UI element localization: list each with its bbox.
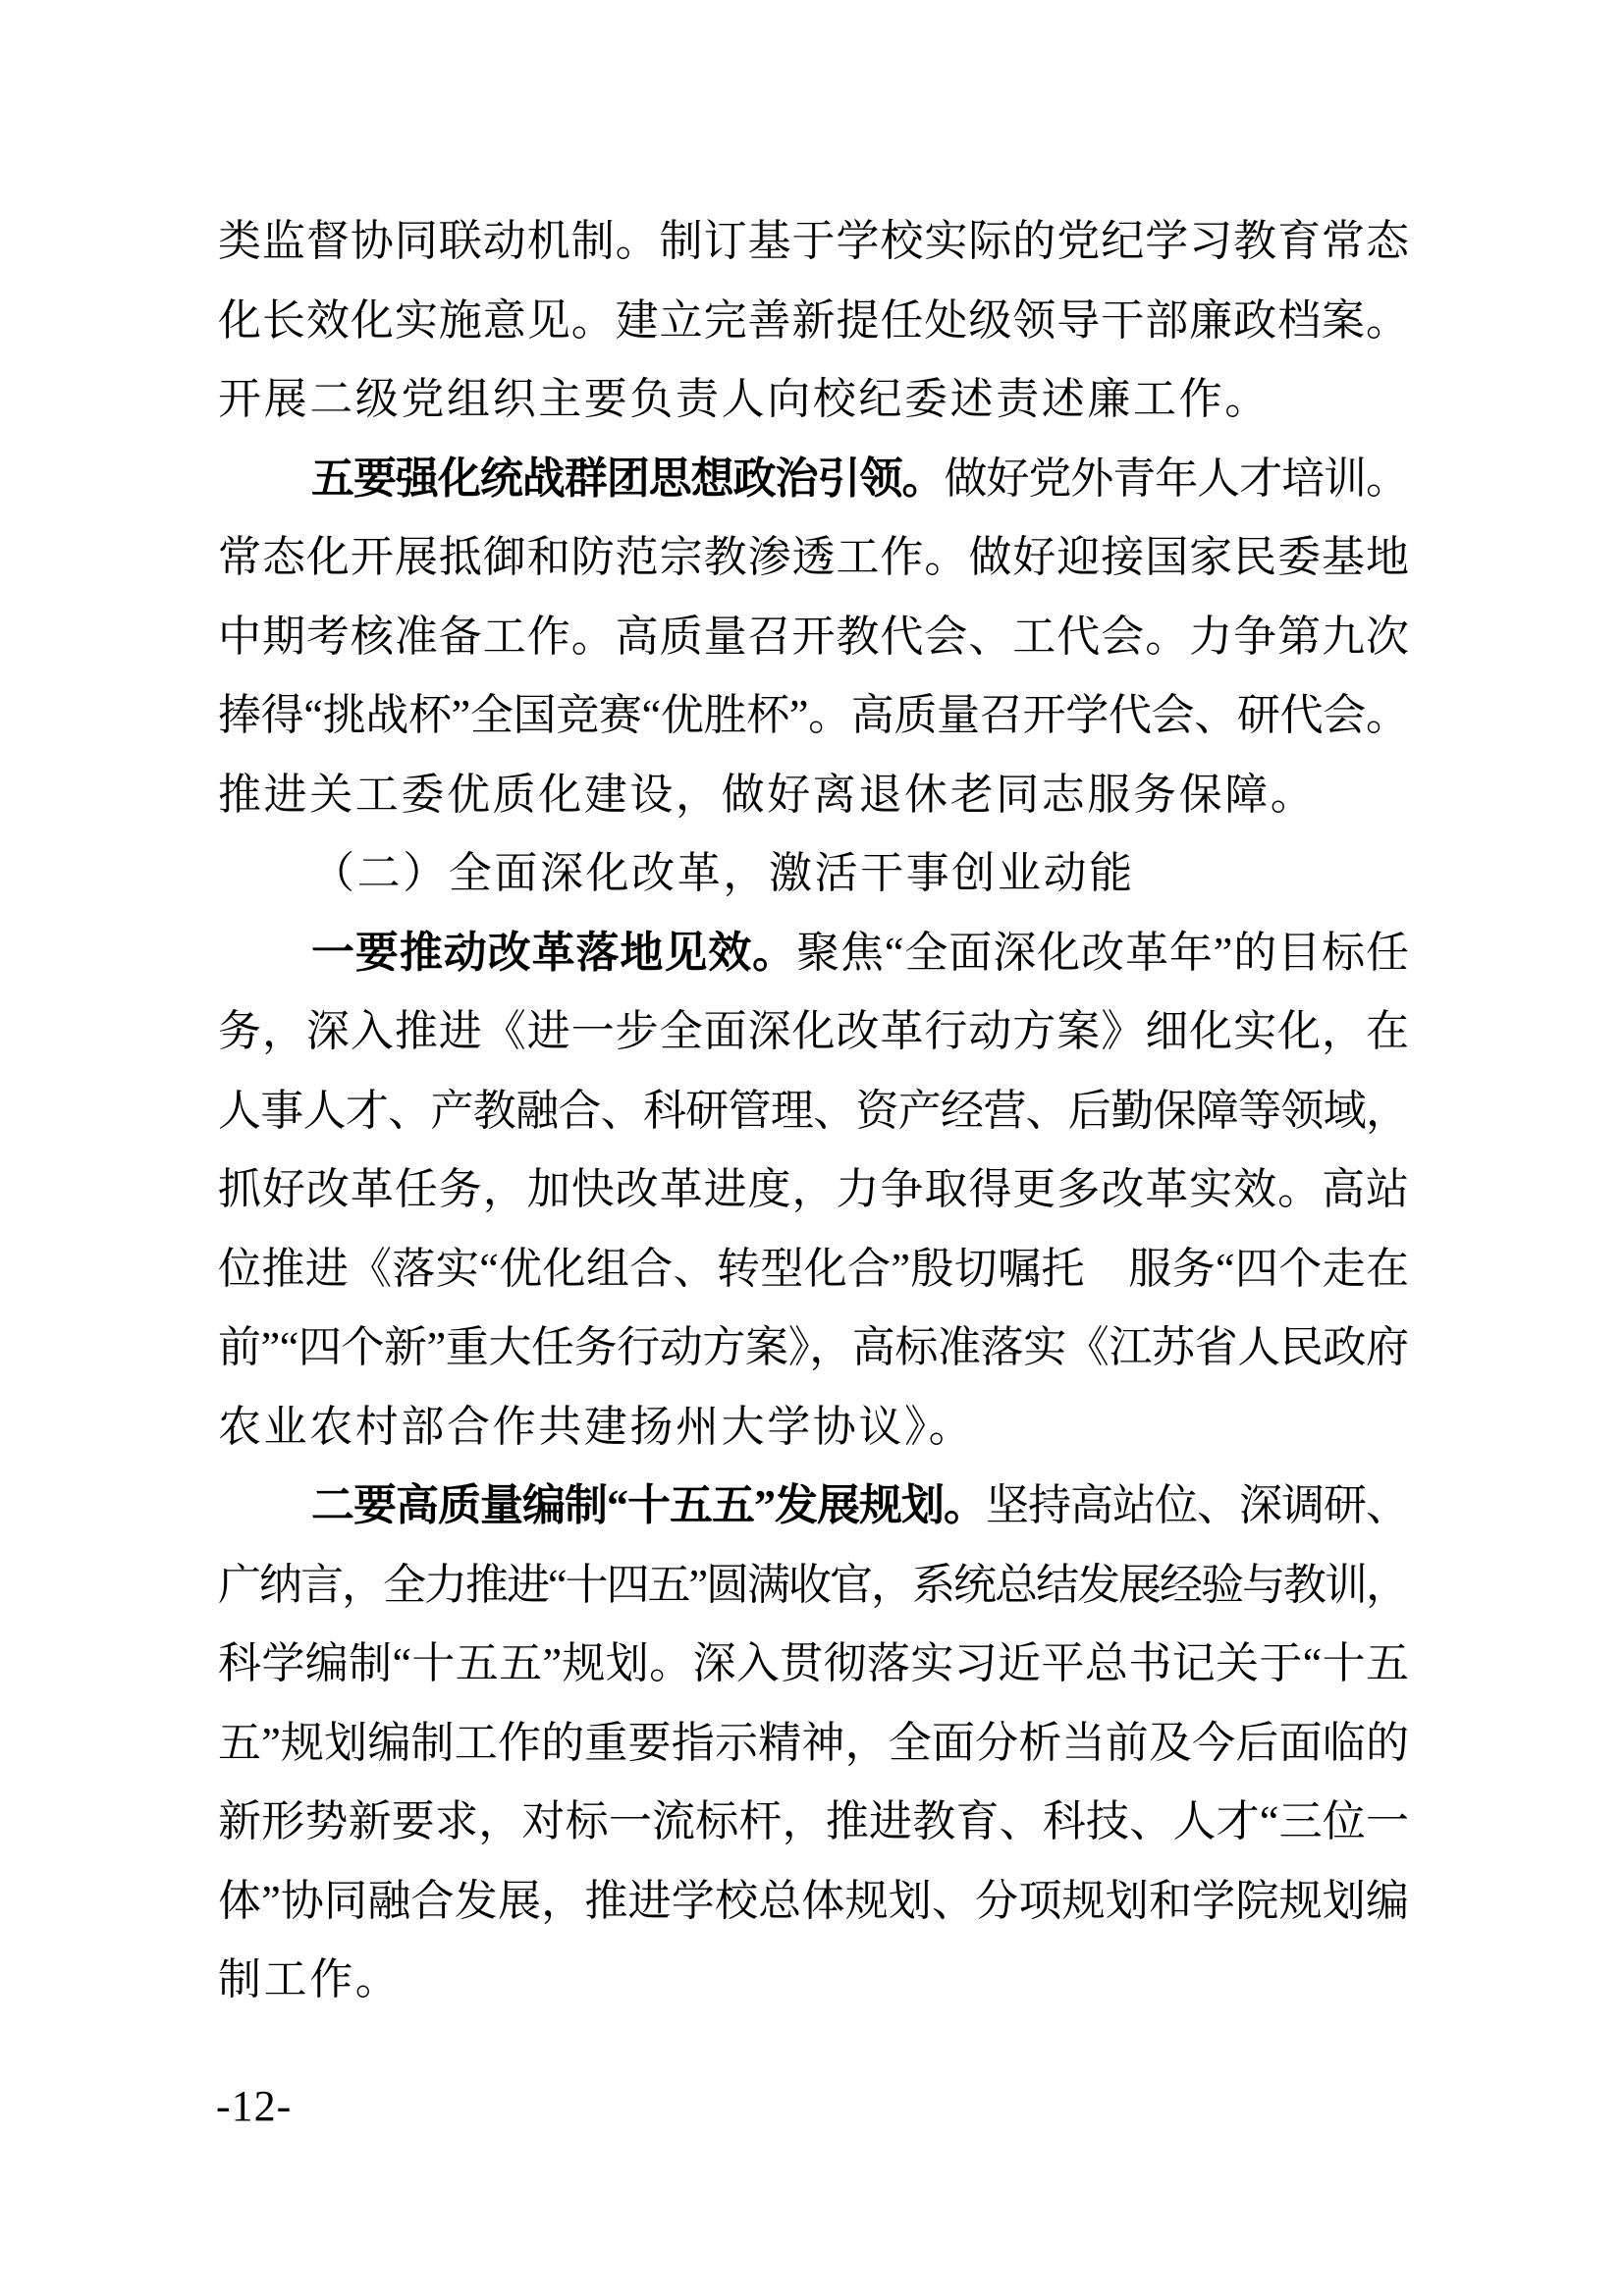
body-run: 中期考核准备工作。高质量召开教代会、工代会。力争第九次: [218, 613, 1410, 661]
text-line-content: 广纳言，全力推进“十四五”圆满收官，系统总结发展经验与教训，: [218, 1561, 1407, 1609]
body-run: 捧得“挑战杯”全国竞赛“优胜杯”。高质量召开学代会、研代会。: [218, 691, 1409, 739]
emphasis-run: 五要强化统战群团思想政治引领。: [311, 454, 944, 503]
body-run: 化长效化实施意见。建立完善新提任处级领导干部廉政档案。: [218, 296, 1410, 345]
text-line: 人事人才、产教融合、科研管理、资产经营、后勤保障等领域，: [218, 1072, 1409, 1151]
body-run: 科学编制“十五五”规划。深入贯彻落实习近平总书记关于“十五: [218, 1639, 1409, 1687]
emphasis-run: 一要推动改革落地见效。: [311, 929, 796, 977]
text-line-content: 一要推动改革落地见效。聚焦“全面深化改革年”的目标任: [311, 929, 1410, 977]
body-run: 务，深入推进《进一步全面深化改革行动方案》细化实化，在: [218, 1007, 1410, 1055]
text-line: 体”协同融合发展，推进学校总体规划、分项规划和学院规划编: [218, 1862, 1409, 1942]
emphasis-run: 二要高质量编制“十五五”发展规划。: [311, 1481, 986, 1529]
body-run: 聚焦“全面深化改革年”的目标任: [796, 929, 1410, 977]
body-run: 类监督协同联动机制。制订基于学校实际的党纪学习教育常态: [218, 217, 1410, 265]
document-body: 类监督协同联动机制。制订基于学校实际的党纪学习教育常态化长效化实施意见。建立完善…: [218, 202, 1409, 2020]
body-run: 做好党外青年人才培训。: [944, 454, 1408, 503]
section-heading-line: （二）全面深化改革，激活干事创业动能: [218, 834, 1409, 914]
text-line: 抓好改革任务，加快改革进度，力争取得更多改革实效。高站: [218, 1150, 1409, 1230]
text-line: 五要强化统战群团思想政治引领。做好党外青年人才培训。: [218, 440, 1409, 519]
text-line-content: （二）全面深化改革，激活干事创业动能: [311, 849, 1135, 897]
text-line-content: 人事人才、产教融合、科研管理、资产经营、后勤保障等领域，: [218, 1087, 1408, 1135]
text-line-content: 制工作。: [218, 1955, 401, 2003]
text-line-content: 体”协同融合发展，推进学校总体规划、分项规划和学院规划编: [218, 1877, 1409, 1925]
body-run: 常态化开展抵御和防范宗教渗透工作。做好迎接国家民委基地: [218, 533, 1410, 581]
text-line-content: 务，深入推进《进一步全面深化改革行动方案》细化实化，在: [218, 1007, 1410, 1055]
text-line-content: 中期考核准备工作。高质量召开教代会、工代会。力争第九次: [218, 613, 1410, 661]
body-run: 抓好改革任务，加快改革进度，力争取得更多改革实效。高站: [218, 1165, 1410, 1213]
text-line-content: 开展二级党组织主要负责人向校纪委述责述廉工作。: [218, 375, 1271, 423]
body-run: 农业农村部合作共建扬州大学协议》。: [218, 1403, 974, 1451]
body-run: 制工作。: [218, 1955, 401, 2003]
body-run: 广纳言，全力推进“十四五”圆满收官，系统总结发展经验与教训，: [218, 1561, 1407, 1609]
text-line: 一要推动改革落地见效。聚焦“全面深化改革年”的目标任: [218, 914, 1409, 993]
text-line-content: 捧得“挑战杯”全国竞赛“优胜杯”。高质量召开学代会、研代会。: [218, 691, 1409, 739]
body-run: （二）全面深化改革，激活干事创业动能: [311, 849, 1135, 897]
text-line: 务，深入推进《进一步全面深化改革行动方案》细化实化，在: [218, 992, 1409, 1072]
text-line-content: 五要强化统战群团思想政治引领。做好党外青年人才培训。: [311, 454, 1408, 503]
text-line-content: 农业农村部合作共建扬州大学协议》。: [218, 1403, 974, 1451]
text-line: 农业农村部合作共建扬州大学协议》。: [218, 1388, 1409, 1468]
text-line: 开展二级党组织主要负责人向校纪委述责述廉工作。: [218, 360, 1409, 440]
text-line-content: 抓好改革任务，加快改革进度，力争取得更多改革实效。高站: [218, 1165, 1410, 1213]
text-line: 捧得“挑战杯”全国竞赛“优胜杯”。高质量召开学代会、研代会。: [218, 676, 1409, 756]
text-line: 位推进《落实“优化组合、转型化合”殷切嘱托 服务“四个走在: [218, 1230, 1409, 1309]
text-line-content: 常态化开展抵御和防范宗教渗透工作。做好迎接国家民委基地: [218, 533, 1410, 581]
body-run: 人事人才、产教融合、科研管理、资产经营、后勤保障等领域，: [218, 1087, 1408, 1135]
text-line: 推进关工委优质化建设，做好离退休老同志服务保障。: [218, 756, 1409, 835]
text-line: 新形势新要求，对标一流标杆，推进教育、科技、人才“三位一: [218, 1783, 1409, 1862]
text-line-content: 推进关工委优质化建设，做好离退休老同志服务保障。: [218, 771, 1316, 819]
text-line: 制工作。: [218, 1941, 1409, 2020]
text-line: 化长效化实施意见。建立完善新提任处级领导干部廉政档案。: [218, 282, 1409, 361]
text-line: 中期考核准备工作。高质量召开教代会、工代会。力争第九次: [218, 598, 1409, 677]
text-line: 类监督协同联动机制。制订基于学校实际的党纪学习教育常态: [218, 202, 1409, 282]
body-run: 推进关工委优质化建设，做好离退休老同志服务保障。: [218, 771, 1316, 819]
text-line-content: 位推进《落实“优化组合、转型化合”殷切嘱托 服务“四个走在: [218, 1245, 1409, 1293]
body-run: 五”规划编制工作的重要指示精神，全面分析当前及今后面临的: [218, 1719, 1409, 1767]
body-run: 体”协同融合发展，推进学校总体规划、分项规划和学院规划编: [218, 1877, 1409, 1925]
body-run: 新形势新要求，对标一流标杆，推进教育、科技、人才“三位一: [218, 1797, 1409, 1845]
text-line-content: 新形势新要求，对标一流标杆，推进教育、科技、人才“三位一: [218, 1797, 1409, 1845]
body-run: 坚持高站位、深调研、: [986, 1481, 1408, 1529]
body-run: 前”“四个新”重大任务行动方案》，高标准落实《江苏省人民政府: [218, 1323, 1409, 1371]
text-line: 科学编制“十五五”规划。深入贯彻落实习近平总书记关于“十五: [218, 1625, 1409, 1704]
text-line: 常态化开展抵御和防范宗教渗透工作。做好迎接国家民委基地: [218, 518, 1409, 598]
text-line-content: 二要高质量编制“十五五”发展规划。坚持高站位、深调研、: [311, 1481, 1408, 1529]
page-number: -12-: [216, 2083, 292, 2130]
text-line-content: 科学编制“十五五”规划。深入贯彻落实习近平总书记关于“十五: [218, 1639, 1409, 1687]
body-run: 开展二级党组织主要负责人向校纪委述责述廉工作。: [218, 375, 1271, 423]
text-line: 前”“四个新”重大任务行动方案》，高标准落实《江苏省人民政府: [218, 1308, 1409, 1388]
text-line: 五”规划编制工作的重要指示精神，全面分析当前及今后面临的: [218, 1704, 1409, 1784]
text-line-content: 五”规划编制工作的重要指示精神，全面分析当前及今后面临的: [218, 1719, 1409, 1767]
body-run: 位推进《落实“优化组合、转型化合”殷切嘱托 服务“四个走在: [218, 1245, 1409, 1293]
document-page: 类监督协同联动机制。制订基于学校实际的党纪学习教育常态化长效化实施意见。建立完善…: [0, 0, 1624, 2296]
text-line-content: 类监督协同联动机制。制订基于学校实际的党纪学习教育常态: [218, 217, 1410, 265]
text-line: 广纳言，全力推进“十四五”圆满收官，系统总结发展经验与教训，: [218, 1546, 1409, 1626]
text-line: 二要高质量编制“十五五”发展规划。坚持高站位、深调研、: [218, 1467, 1409, 1546]
text-line-content: 化长效化实施意见。建立完善新提任处级领导干部廉政档案。: [218, 296, 1410, 345]
text-line-content: 前”“四个新”重大任务行动方案》，高标准落实《江苏省人民政府: [218, 1323, 1409, 1371]
